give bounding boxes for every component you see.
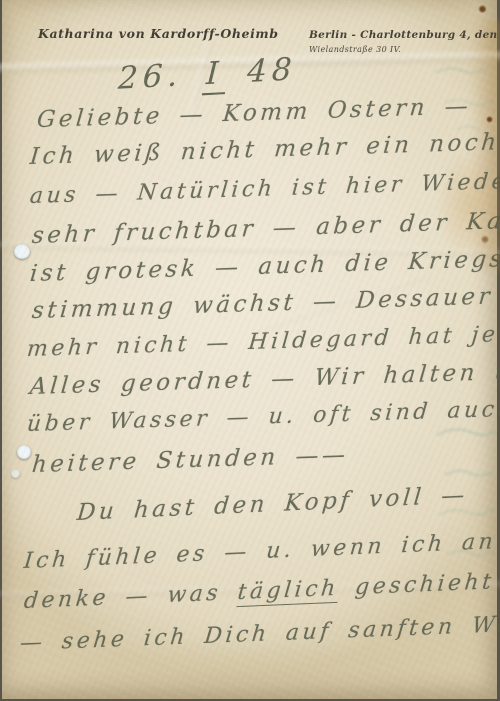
handwriting-line: mehr nicht — Hildegard hat jetzt bbox=[26, 321, 500, 362]
stain-right-middle bbox=[437, 150, 500, 260]
punch-hole-partial bbox=[11, 469, 20, 478]
date-day: 26. bbox=[117, 57, 183, 97]
handwriting-line: Geliebte — Komm Ostern — bbox=[36, 93, 473, 133]
punch-hole-upper bbox=[14, 244, 30, 259]
handwriting-line: Alles geordnet — Wir halten uns bbox=[29, 358, 500, 400]
line-13-prefix: denke — was bbox=[23, 580, 239, 614]
date-year: 48 bbox=[246, 51, 297, 90]
date-month-roman-numeral: I bbox=[202, 55, 227, 95]
stain-dot-right bbox=[486, 116, 493, 123]
letterhead-sender-name: Katharina von Kardorff-Oheimb bbox=[38, 26, 279, 41]
handwriting-line: sehr fruchtbar — aber der Kampf bbox=[31, 206, 500, 249]
handwriting-line: Ich fühle es — u. wenn ich an Dich bbox=[23, 526, 500, 574]
stain-dot-right-lower bbox=[481, 235, 489, 244]
underlined-word: täglich bbox=[236, 576, 340, 607]
handwriting-line: stimmung wächst — Dessauer bbox=[31, 283, 494, 324]
handwriting-line: aus — Natürlich ist hier Wieder bbox=[29, 168, 500, 209]
letter-paper: Katharina von Kardorff-Oheimb Berlin - C… bbox=[2, 0, 497, 699]
handwriting-line: Ich weiß nicht mehr ein noch bbox=[29, 129, 500, 170]
punch-hole-lower bbox=[17, 445, 31, 459]
letterhead-address-block: Berlin - Charlottenburg 4, den Wielandst… bbox=[309, 29, 497, 54]
handwriting-line: — sehe ich Dich auf sanften Wellen bbox=[19, 610, 500, 656]
handwriting-line: denke — was täglich geschieht - bbox=[23, 568, 500, 614]
handwriting-line: ist grotesk — auch die Kriegs- bbox=[29, 246, 500, 287]
handwriting-line: Du hast den Kopf voll — bbox=[76, 482, 469, 526]
letterhead-city-line: Berlin - Charlottenburg 4, den bbox=[309, 29, 497, 41]
handwriting-line: heitere Stunden —— bbox=[31, 442, 350, 478]
letter-scan: { "document": { "kind": "handwritten-let… bbox=[0, 0, 500, 701]
line-13-suffix: geschieht - bbox=[337, 568, 500, 601]
handwritten-date: 26. I 48 bbox=[117, 51, 297, 97]
stain-dot-top-right bbox=[478, 5, 487, 13]
handwriting-line: über Wasser — u. oft sind auch bbox=[26, 397, 500, 437]
letterhead-street-line: Wielandstraße 30 IV. bbox=[309, 45, 497, 54]
